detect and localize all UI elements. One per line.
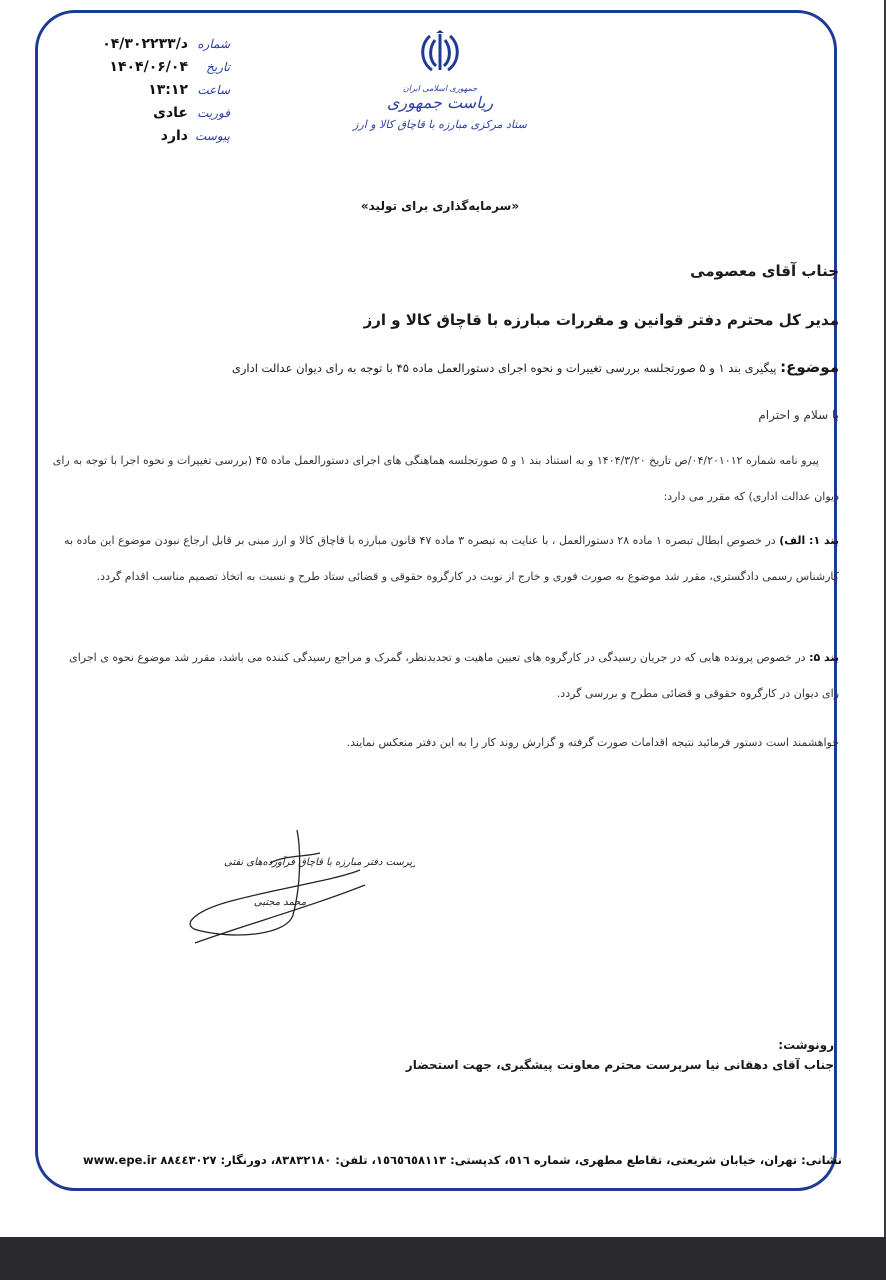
paragraph-reference: پیرو نامه شماره ۰۴/۲۰۱۰۱۲/ص تاریخ ۱۴۰۴/۳… — [50, 443, 839, 515]
cc-label: رونوشت: — [406, 1038, 834, 1052]
meta-value: دارد — [161, 128, 192, 144]
viewer-bottom-bar — [0, 1237, 886, 1280]
meta-value: د/۰۴/۳۰۲۲۳۳ — [102, 36, 192, 52]
clause-5-label: بند ۵: — [809, 651, 839, 664]
iran-emblem-icon — [418, 30, 462, 76]
signature: سرپرست دفتر مبارزه با قاچاق فرآورده‌های … — [175, 825, 415, 945]
letterhead-logo: جمهوری اسلامی ایران ریاست جمهوری ستاد مر… — [340, 30, 540, 131]
org-name-line1: جمهوری اسلامی ایران — [340, 84, 540, 93]
meta-urgency: فوریت عادی — [80, 101, 230, 124]
svg-text:سرپرست دفتر مبارزه با قاچاق فر: سرپرست دفتر مبارزه با قاچاق فرآورده‌های … — [224, 855, 415, 868]
meta-value: ۱۳:۱۲ — [148, 82, 192, 98]
meta-label: تاریخ — [192, 60, 230, 74]
closing-request: خواهشمند است دستور فرمائید نتیجه اقدامات… — [50, 725, 839, 761]
meta-attachment: پیوست دارد — [80, 124, 230, 147]
clause-5: بند ۵: در خصوص پرونده هایی که در جریان ر… — [50, 640, 839, 712]
clause-1: بند ۱: الف) در خصوص ابطال تبصره ۱ ماده ۲… — [50, 523, 839, 595]
subject-text: پیگیری بند ۱ و ۵ صورتجلسه بررسی تغییرات … — [232, 361, 777, 375]
org-name-line3: ستاد مرکزی مبارزه با قاچاق کالا و ارز — [340, 118, 540, 131]
subject-label: موضوع: — [780, 358, 839, 376]
slogan: «سرمایه‌گذاری برای تولید» — [330, 199, 550, 213]
meta-date: تاریخ ۱۴۰۴/۰۶/۰۴ — [80, 55, 230, 78]
meta-label: ساعت — [192, 83, 230, 97]
meta-time: ساعت ۱۳:۱۲ — [80, 78, 230, 101]
letter-meta: شماره د/۰۴/۳۰۲۲۳۳ تاریخ ۱۴۰۴/۰۶/۰۴ ساعت … — [80, 32, 230, 147]
meta-value: عادی — [153, 105, 192, 121]
meta-number: شماره د/۰۴/۳۰۲۲۳۳ — [80, 32, 230, 55]
meta-label: پیوست — [192, 129, 230, 143]
clause-1-label: بند ۱: الف) — [779, 534, 839, 547]
letter-frame — [35, 10, 837, 1191]
subject-line: موضوع: پیگیری بند ۱ و ۵ صورتجلسه بررسی ت… — [50, 358, 839, 376]
greeting: با سلام و احترام — [50, 408, 839, 422]
meta-label: شماره — [192, 37, 230, 51]
clause-1-text: در خصوص ابطال تبصره ۱ ماده ۲۸ دستورالعمل… — [64, 534, 839, 583]
addressee: جناب آقای معصومی — [50, 262, 839, 280]
svg-text:محمد مجتبی: محمد مجتبی — [254, 897, 307, 908]
cc-recipient: جناب آقای دهقانی نیا سرپرست محترم معاونت… — [406, 1058, 834, 1072]
footer-address: نشانی: تهران، خیابان شریعتی، تقاطع مطهری… — [45, 1153, 842, 1167]
meta-label: فوریت — [192, 106, 230, 120]
clause-5-text: در خصوص پرونده هایی که در جریان رسیدگی د… — [69, 651, 839, 700]
org-name-line2: ریاست جمهوری — [340, 93, 540, 112]
meta-value: ۱۴۰۴/۰۶/۰۴ — [109, 59, 192, 75]
addressee-title: مدیر کل محترم دفتر قوانین و مقررات مبارز… — [50, 311, 839, 329]
carbon-copy: رونوشت: جناب آقای دهقانی نیا سرپرست محتر… — [406, 1038, 834, 1078]
